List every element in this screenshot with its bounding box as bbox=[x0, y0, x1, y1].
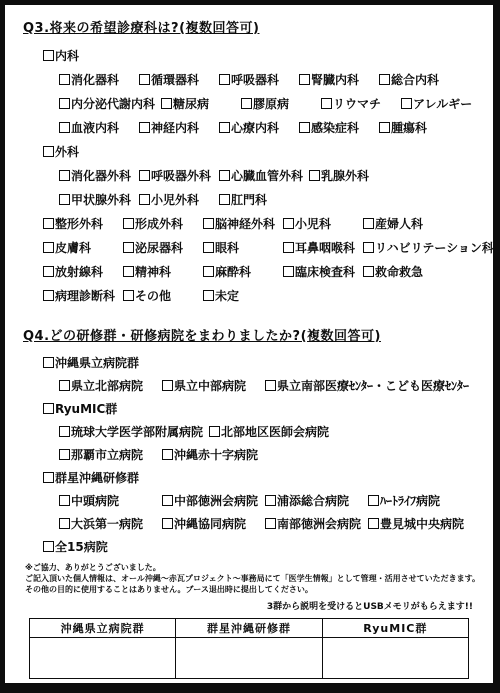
privacy-note: ※ご協力、ありがとうございました。 ご記入頂いた個人情報は、オール沖縄～赤瓦プロ… bbox=[25, 562, 485, 595]
checkbox-icon[interactable] bbox=[59, 449, 70, 460]
checkbox-label: 総合内科 bbox=[391, 71, 439, 88]
checkbox-icon[interactable] bbox=[43, 357, 54, 368]
q4-checkbox-rows: 沖縄県立病院群県立北部病院県立中部病院県立南部医療ｾﾝﾀｰ・こども医療ｾﾝﾀｰR… bbox=[19, 351, 485, 558]
checkbox-label: 血液内科 bbox=[71, 119, 119, 136]
checkbox-icon[interactable] bbox=[123, 242, 134, 253]
checkbox-option[interactable]: 神経内科 bbox=[139, 119, 213, 136]
checkbox-label: 県立北部病院 bbox=[71, 377, 143, 394]
checkbox-option[interactable]: 救命救急 bbox=[363, 263, 437, 280]
checkbox-icon[interactable] bbox=[241, 98, 252, 109]
checkbox-icon[interactable] bbox=[162, 495, 173, 506]
checkbox-label: 南部徳洲会病院 bbox=[277, 515, 361, 532]
checkbox-icon[interactable] bbox=[59, 122, 70, 133]
checkbox-option[interactable]: 呼吸器科 bbox=[219, 71, 293, 88]
checkbox-option[interactable]: ﾊｰﾄﾗｲﾌ病院 bbox=[368, 492, 465, 509]
checkbox-label: 糖尿病 bbox=[173, 95, 209, 112]
checkbox-icon[interactable] bbox=[368, 495, 379, 506]
checkbox-row: 皮膚科泌尿器科眼科耳鼻咽喉科リハビリテーション科 bbox=[43, 235, 485, 259]
checkbox-icon[interactable] bbox=[299, 122, 310, 133]
checkbox-label: 形成外科 bbox=[135, 215, 183, 232]
checkbox-icon[interactable] bbox=[363, 242, 374, 253]
q4-section: Q4.どの研修群・研修病院をまわりましたか?(複数回答可) 沖縄県立病院群県立北… bbox=[19, 325, 485, 558]
checkbox-icon[interactable] bbox=[59, 495, 70, 506]
checkbox-label: 那覇市立病院 bbox=[71, 446, 143, 463]
checkbox-row: 中頭病院中部徳洲会病院浦添総合病院ﾊｰﾄﾗｲﾌ病院 bbox=[59, 489, 485, 512]
checkbox-icon[interactable] bbox=[59, 98, 70, 109]
checkbox-icon[interactable] bbox=[43, 541, 54, 552]
checkbox-label: 小児外科 bbox=[151, 191, 199, 208]
checkbox-option[interactable]: 眼科 bbox=[203, 239, 277, 256]
checkbox-option[interactable]: 糖尿病 bbox=[161, 95, 235, 112]
checkbox-option[interactable]: 中頭病院 bbox=[59, 492, 156, 509]
checkbox-label: 消化器外科 bbox=[71, 167, 131, 184]
checkbox-label: 神経内科 bbox=[151, 119, 199, 136]
checkbox-row: 大浜第一病院沖縄協同病院南部徳洲会病院豊見城中央病院 bbox=[59, 512, 485, 535]
checkbox-row: 消化器科循環器科呼吸器科腎臓内科総合内科 bbox=[59, 67, 485, 91]
checkbox-label: RyuMIC群 bbox=[55, 400, 117, 417]
checkbox-icon[interactable] bbox=[59, 170, 70, 181]
checkbox-label: 産婦人科 bbox=[375, 215, 423, 232]
checkbox-label: アレルギー bbox=[413, 95, 472, 112]
checkbox-label: 臨床検査科 bbox=[295, 263, 355, 280]
checkbox-label: 心臓血管外科 bbox=[231, 167, 303, 184]
summary-table: 沖縄県立病院群 群星沖縄研修群 RyuMIC群 bbox=[29, 618, 469, 679]
checkbox-label: 腫瘍科 bbox=[391, 119, 427, 136]
checkbox-option[interactable]: 中部徳洲会病院 bbox=[162, 492, 259, 509]
checkbox-option[interactable]: 南部徳洲会病院 bbox=[265, 515, 362, 532]
checkbox-option[interactable]: 小児科 bbox=[283, 215, 357, 232]
checkbox-icon[interactable] bbox=[43, 403, 54, 414]
checkbox-icon[interactable] bbox=[219, 194, 230, 205]
checkbox-option[interactable]: 消化器科 bbox=[59, 71, 133, 88]
checkbox-option[interactable]: 呼吸器外科 bbox=[139, 167, 213, 184]
checkbox-option[interactable]: 形成外科 bbox=[123, 215, 197, 232]
checkbox-label: 大浜第一病院 bbox=[71, 515, 143, 532]
checkbox-label: 中頭病院 bbox=[71, 492, 119, 509]
checkbox-row: RyuMIC群 bbox=[43, 397, 485, 420]
checkbox-option[interactable]: 腎臓内科 bbox=[299, 71, 373, 88]
checkbox-label: その他 bbox=[135, 287, 171, 304]
checkbox-label: 感染症科 bbox=[311, 119, 359, 136]
checkbox-option[interactable]: 沖縄県立病院群 bbox=[43, 354, 140, 371]
checkbox-icon[interactable] bbox=[59, 74, 70, 85]
checkbox-label: 整形外科 bbox=[55, 215, 103, 232]
checkbox-option[interactable]: 膠原病 bbox=[241, 95, 315, 112]
checkbox-row: 病理診断科その他未定 bbox=[43, 283, 485, 307]
checkbox-option[interactable]: 血液内科 bbox=[59, 119, 133, 136]
checkbox-option[interactable]: 病理診断科 bbox=[43, 287, 117, 304]
checkbox-label: 北部地区医師会病院 bbox=[221, 423, 329, 440]
checkbox-option[interactable]: 内分泌代謝内科 bbox=[59, 95, 155, 112]
checkbox-option[interactable]: RyuMIC群 bbox=[43, 400, 140, 417]
checkbox-icon[interactable] bbox=[363, 266, 374, 277]
checkbox-option[interactable]: 腫瘍科 bbox=[379, 119, 453, 136]
checkbox-icon[interactable] bbox=[43, 50, 54, 61]
checkbox-icon[interactable] bbox=[59, 380, 70, 391]
note-line-privacy: ご記入頂いた個人情報は、オール沖縄～赤瓦プロジェクト～事務局にて「医学生情報」と… bbox=[25, 573, 485, 584]
q3-section: Q3.将来の希望診療科は?(複数回答可) 内科消化器科循環器科呼吸器科腎臓内科総… bbox=[19, 17, 485, 307]
page-content: Q3.将来の希望診療科は?(複数回答可) 内科消化器科循環器科呼吸器科腎臓内科総… bbox=[5, 5, 493, 679]
checkbox-icon[interactable] bbox=[368, 518, 379, 529]
checkbox-option[interactable]: 泌尿器科 bbox=[123, 239, 197, 256]
checkbox-option[interactable]: 臨床検査科 bbox=[283, 263, 357, 280]
checkbox-label: 肛門科 bbox=[231, 191, 267, 208]
checkbox-row: 沖縄県立病院群 bbox=[43, 351, 485, 374]
checkbox-row: 整形外科形成外科脳神経外科小児科産婦人科 bbox=[43, 211, 485, 235]
checkbox-option[interactable]: 浦添総合病院 bbox=[265, 492, 362, 509]
checkbox-label: 泌尿器科 bbox=[135, 239, 183, 256]
checkbox-option[interactable]: 小児外科 bbox=[139, 191, 213, 208]
checkbox-option[interactable]: 放射線科 bbox=[43, 263, 117, 280]
checkbox-icon[interactable] bbox=[139, 170, 150, 181]
checkbox-icon[interactable] bbox=[379, 122, 390, 133]
checkbox-row: 琉球大学医学部附属病院北部地区医師会病院 bbox=[59, 420, 485, 443]
checkbox-row: 消化器外科呼吸器外科心臓血管外科乳腺外科 bbox=[59, 163, 485, 187]
checkbox-icon[interactable] bbox=[283, 266, 294, 277]
checkbox-label: リハビリテーション科 bbox=[375, 239, 494, 256]
checkbox-label: 琉球大学医学部附属病院 bbox=[71, 423, 203, 440]
checkbox-icon[interactable] bbox=[43, 290, 54, 301]
checkbox-option[interactable]: 沖縄協同病院 bbox=[162, 515, 259, 532]
checkbox-icon[interactable] bbox=[123, 290, 134, 301]
checkbox-icon[interactable] bbox=[401, 98, 412, 109]
checkbox-option[interactable]: 産婦人科 bbox=[363, 215, 437, 232]
checkbox-icon[interactable] bbox=[299, 74, 310, 85]
table-header-ryumic-group: RyuMIC群 bbox=[322, 619, 468, 638]
checkbox-label: 群星沖縄研修群 bbox=[55, 469, 139, 486]
checkbox-icon[interactable] bbox=[43, 218, 54, 229]
checkbox-row: 那覇市立病院沖縄赤十字病院 bbox=[59, 443, 485, 466]
checkbox-icon[interactable] bbox=[363, 218, 374, 229]
checkbox-label: 内科 bbox=[55, 47, 79, 64]
q3-checkbox-rows: 内科消化器科循環器科呼吸器科腎臓内科総合内科内分泌代謝内科糖尿病膠原病リウマチア… bbox=[19, 43, 485, 307]
checkbox-icon[interactable] bbox=[203, 266, 214, 277]
checkbox-icon[interactable] bbox=[43, 146, 54, 157]
questionnaire-page: Q3.将来の希望診療科は?(複数回答可) 内科消化器科循環器科呼吸器科腎臓内科総… bbox=[0, 0, 500, 693]
checkbox-label: 膠原病 bbox=[253, 95, 289, 112]
checkbox-option[interactable]: 外科 bbox=[43, 143, 117, 160]
checkbox-label: 県立南部医療ｾﾝﾀｰ・こども医療ｾﾝﾀｰ bbox=[277, 377, 469, 394]
checkbox-icon[interactable] bbox=[203, 290, 214, 301]
checkbox-label: 外科 bbox=[55, 143, 79, 160]
checkbox-option[interactable]: 群星沖縄研修群 bbox=[43, 469, 140, 486]
summary-table-input-row bbox=[30, 638, 469, 679]
checkbox-icon[interactable] bbox=[265, 495, 276, 506]
checkbox-option[interactable]: 内科 bbox=[43, 47, 117, 64]
checkbox-option[interactable]: 皮膚科 bbox=[43, 239, 117, 256]
checkbox-icon[interactable] bbox=[139, 74, 150, 85]
checkbox-icon[interactable] bbox=[162, 518, 173, 529]
checkbox-label: 沖縄県立病院群 bbox=[55, 354, 139, 371]
checkbox-icon[interactable] bbox=[162, 449, 173, 460]
checkbox-row: 内科 bbox=[43, 43, 485, 67]
checkbox-label: 県立中部病院 bbox=[174, 377, 246, 394]
checkbox-label: 精神科 bbox=[135, 263, 171, 280]
checkbox-icon[interactable] bbox=[59, 194, 70, 205]
checkbox-label: 呼吸器外科 bbox=[151, 167, 211, 184]
checkbox-label: 消化器科 bbox=[71, 71, 119, 88]
checkbox-option[interactable]: アレルギー bbox=[401, 95, 475, 112]
checkbox-icon[interactable] bbox=[219, 122, 230, 133]
checkbox-label: 甲状腺外科 bbox=[71, 191, 131, 208]
usb-bonus-note: 3群から説明を受けるとUSBメモリがもらえます!! bbox=[19, 599, 473, 612]
checkbox-option[interactable]: 大浜第一病院 bbox=[59, 515, 156, 532]
checkbox-icon[interactable] bbox=[219, 74, 230, 85]
table-input-cell-gunsei[interactable] bbox=[176, 638, 322, 679]
checkbox-label: ﾊｰﾄﾗｲﾌ病院 bbox=[380, 492, 440, 509]
checkbox-option[interactable]: 琉球大学医学部附属病院 bbox=[59, 423, 203, 440]
checkbox-option[interactable]: 心臓血管外科 bbox=[219, 167, 303, 184]
checkbox-option[interactable]: 消化器外科 bbox=[59, 167, 133, 184]
table-input-cell-prefectural[interactable] bbox=[30, 638, 176, 679]
checkbox-label: 耳鼻咽喉科 bbox=[295, 239, 355, 256]
table-input-cell-ryumic[interactable] bbox=[322, 638, 468, 679]
checkbox-row: 全15病院 bbox=[43, 535, 485, 558]
note-line-thanks: ※ご協力、ありがとうございました。 bbox=[25, 562, 485, 573]
checkbox-icon[interactable] bbox=[309, 170, 320, 181]
checkbox-option[interactable]: 未定 bbox=[203, 287, 277, 304]
checkbox-row: 群星沖縄研修群 bbox=[43, 466, 485, 489]
checkbox-option[interactable]: その他 bbox=[123, 287, 197, 304]
checkbox-icon[interactable] bbox=[283, 218, 294, 229]
checkbox-label: 乳腺外科 bbox=[321, 167, 369, 184]
checkbox-label: 循環器科 bbox=[151, 71, 199, 88]
checkbox-row: 放射線科精神科麻酔科臨床検査科救命救急 bbox=[43, 259, 485, 283]
checkbox-option[interactable]: 甲状腺外科 bbox=[59, 191, 133, 208]
checkbox-option[interactable]: 豊見城中央病院 bbox=[368, 515, 465, 532]
checkbox-label: 救命救急 bbox=[375, 263, 423, 280]
checkbox-icon[interactable] bbox=[162, 380, 173, 391]
checkbox-option[interactable]: 心療内科 bbox=[219, 119, 293, 136]
checkbox-icon[interactable] bbox=[43, 472, 54, 483]
checkbox-label: 呼吸器科 bbox=[231, 71, 279, 88]
checkbox-label: 豊見城中央病院 bbox=[380, 515, 464, 532]
checkbox-option[interactable]: 循環器科 bbox=[139, 71, 213, 88]
checkbox-label: 眼科 bbox=[215, 239, 239, 256]
checkbox-option[interactable]: 総合内科 bbox=[379, 71, 453, 88]
checkbox-option[interactable]: 全15病院 bbox=[43, 538, 140, 555]
checkbox-label: 放射線科 bbox=[55, 263, 103, 280]
checkbox-row: 内分泌代謝内科糖尿病膠原病リウマチアレルギー bbox=[59, 91, 485, 115]
checkbox-option[interactable]: 精神科 bbox=[123, 263, 197, 280]
checkbox-icon[interactable] bbox=[161, 98, 172, 109]
q3-title: Q3.将来の希望診療科は?(複数回答可) bbox=[23, 17, 485, 36]
note-line-submit: その他の目的に使用することはありません。ブース退出時に提出してください。 bbox=[25, 584, 485, 595]
checkbox-label: リウマチ bbox=[333, 95, 381, 112]
checkbox-option[interactable]: 肛門科 bbox=[219, 191, 293, 208]
checkbox-icon[interactable] bbox=[203, 218, 214, 229]
checkbox-icon[interactable] bbox=[59, 426, 70, 437]
table-header-prefectural-group: 沖縄県立病院群 bbox=[30, 619, 176, 638]
checkbox-icon[interactable] bbox=[123, 266, 134, 277]
checkbox-option[interactable]: 北部地区医師会病院 bbox=[209, 423, 329, 440]
checkbox-row: 甲状腺外科小児外科肛門科 bbox=[59, 187, 485, 211]
checkbox-option[interactable]: 乳腺外科 bbox=[309, 167, 383, 184]
checkbox-icon[interactable] bbox=[139, 194, 150, 205]
checkbox-icon[interactable] bbox=[379, 74, 390, 85]
checkbox-icon[interactable] bbox=[265, 380, 276, 391]
checkbox-icon[interactable] bbox=[209, 426, 220, 437]
checkbox-option[interactable]: 沖縄赤十字病院 bbox=[162, 446, 259, 463]
checkbox-icon[interactable] bbox=[123, 218, 134, 229]
checkbox-label: 未定 bbox=[215, 287, 239, 304]
checkbox-icon[interactable] bbox=[203, 242, 214, 253]
checkbox-icon[interactable] bbox=[43, 266, 54, 277]
checkbox-icon[interactable] bbox=[43, 242, 54, 253]
checkbox-icon[interactable] bbox=[219, 170, 230, 181]
checkbox-icon[interactable] bbox=[321, 98, 332, 109]
checkbox-label: 沖縄赤十字病院 bbox=[174, 446, 258, 463]
checkbox-label: 中部徳洲会病院 bbox=[174, 492, 258, 509]
checkbox-option[interactable]: 耳鼻咽喉科 bbox=[283, 239, 357, 256]
checkbox-label: 沖縄協同病院 bbox=[174, 515, 246, 532]
checkbox-option[interactable]: 脳神経外科 bbox=[203, 215, 277, 232]
checkbox-label: 病理診断科 bbox=[55, 287, 115, 304]
checkbox-label: 心療内科 bbox=[231, 119, 279, 136]
checkbox-option[interactable]: 県立北部病院 bbox=[59, 377, 156, 394]
checkbox-row: 血液内科神経内科心療内科感染症科腫瘍科 bbox=[59, 115, 485, 139]
q4-title: Q4.どの研修群・研修病院をまわりましたか?(複数回答可) bbox=[23, 325, 485, 344]
checkbox-row: 外科 bbox=[43, 139, 485, 163]
checkbox-option[interactable]: 感染症科 bbox=[299, 119, 373, 136]
checkbox-label: 麻酔科 bbox=[215, 263, 251, 280]
checkbox-label: 皮膚科 bbox=[55, 239, 91, 256]
checkbox-option[interactable]: リウマチ bbox=[321, 95, 395, 112]
checkbox-label: 浦添総合病院 bbox=[277, 492, 349, 509]
checkbox-label: 腎臓内科 bbox=[311, 71, 359, 88]
checkbox-label: 内分泌代謝内科 bbox=[71, 95, 155, 112]
table-header-gunsei-group: 群星沖縄研修群 bbox=[176, 619, 322, 638]
summary-table-header-row: 沖縄県立病院群 群星沖縄研修群 RyuMIC群 bbox=[30, 619, 469, 638]
checkbox-option[interactable]: リハビリテーション科 bbox=[363, 239, 479, 256]
checkbox-icon[interactable] bbox=[265, 518, 276, 529]
checkbox-option[interactable]: 整形外科 bbox=[43, 215, 117, 232]
checkbox-option[interactable]: 那覇市立病院 bbox=[59, 446, 156, 463]
checkbox-icon[interactable] bbox=[139, 122, 150, 133]
checkbox-icon[interactable] bbox=[283, 242, 294, 253]
checkbox-option[interactable]: 県立南部医療ｾﾝﾀｰ・こども医療ｾﾝﾀｰ bbox=[265, 377, 469, 394]
checkbox-option[interactable]: 県立中部病院 bbox=[162, 377, 259, 394]
checkbox-icon[interactable] bbox=[59, 518, 70, 529]
checkbox-label: 全15病院 bbox=[55, 538, 108, 555]
checkbox-label: 小児科 bbox=[295, 215, 331, 232]
checkbox-label: 脳神経外科 bbox=[215, 215, 275, 232]
checkbox-row: 県立北部病院県立中部病院県立南部医療ｾﾝﾀｰ・こども医療ｾﾝﾀｰ bbox=[59, 374, 485, 397]
checkbox-option[interactable]: 麻酔科 bbox=[203, 263, 277, 280]
